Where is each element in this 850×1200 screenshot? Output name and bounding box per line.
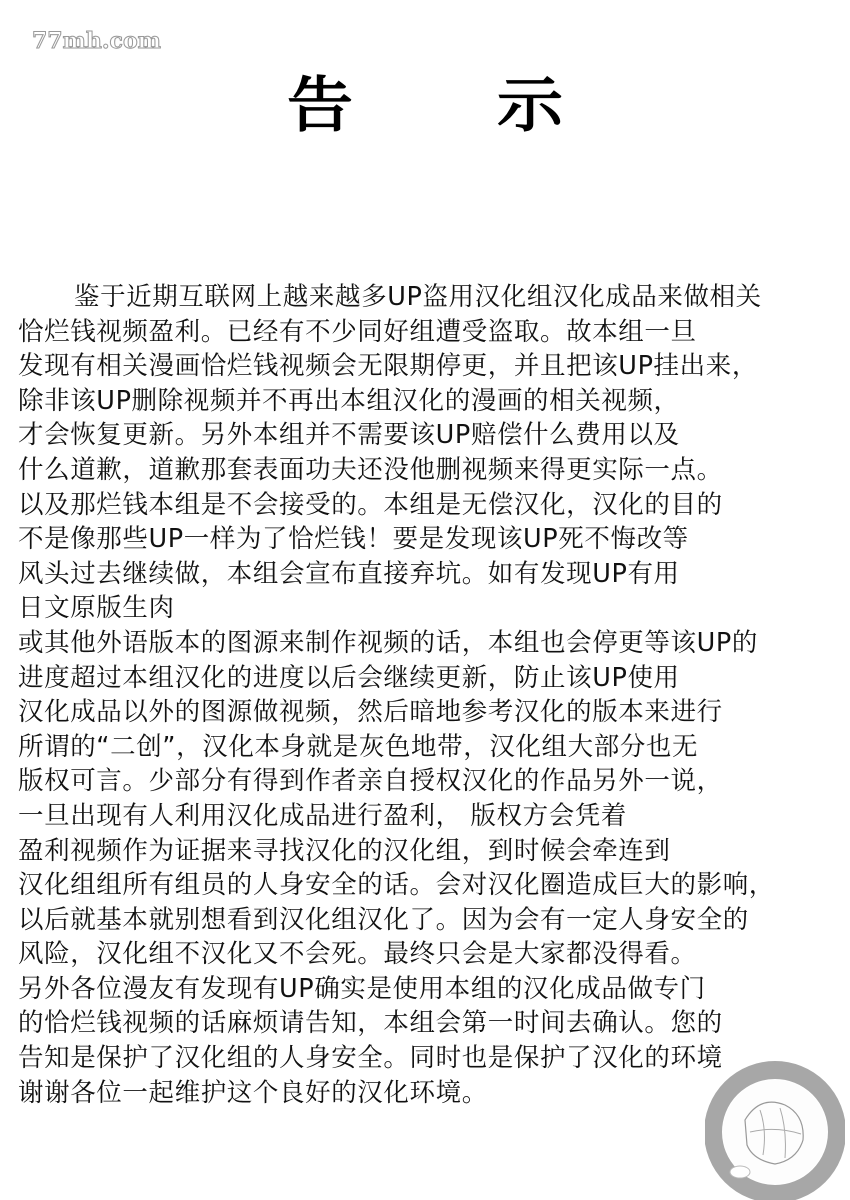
page-title: 告 示 bbox=[0, 58, 850, 144]
notice-line: 所谓的“二创”，汉化本身就是灰色地带，汉化组大部分也无 bbox=[18, 730, 848, 765]
notice-line: 一旦出现有人利用汉化成品进行盈利， 版权方会凭着 bbox=[18, 799, 848, 834]
notice-line: 或其他外语版本的图源来制作视频的话，本组也会停更等该UP的 bbox=[18, 626, 848, 661]
group-seal-stamp bbox=[705, 1060, 845, 1200]
notice-body: 鉴于近期互联网上越来越多UP盗用汉化组汉化成品来做相关 恰烂钱视频盈利。已经有不… bbox=[18, 280, 848, 1110]
notice-line: 另外各位漫友有发现有UP确实是使用本组的汉化成品做专门 bbox=[18, 972, 848, 1007]
notice-line: 风险，汉化组不汉化又不会死。最终只会是大家都没得看。 bbox=[18, 937, 848, 972]
notice-line: 鉴于近期互联网上越来越多UP盗用汉化组汉化成品来做相关 bbox=[18, 280, 848, 315]
notice-line: 汉化组组所有组员的人身安全的话。会对汉化圈造成巨大的影响， bbox=[18, 868, 848, 903]
notice-line: 除非该UP删除视频并不再出本组汉化的漫画的相关视频， bbox=[18, 384, 848, 419]
notice-line: 发现有相关漫画恰烂钱视频会无限期停更，并且把该UP挂出来， bbox=[18, 349, 848, 384]
notice-line: 汉化成品以外的图源做视频，然后暗地参考汉化的版本来进行 bbox=[18, 695, 848, 730]
notice-line: 以及那烂钱本组是不会接受的。本组是无偿汉化，汉化的目的 bbox=[18, 488, 848, 523]
notice-line: 的恰烂钱视频的话麻烦请告知，本组会第一时间去确认。您的 bbox=[18, 1006, 848, 1041]
notice-line: 日文原版生肉 bbox=[18, 591, 848, 626]
seal-emblem-icon bbox=[705, 1060, 845, 1200]
notice-line: 以后就基本就别想看到汉化组汉化了。因为会有一定人身安全的 bbox=[18, 903, 848, 938]
notice-line: 不是像那些UP一样为了恰烂钱！要是发现该UP死不悔改等 bbox=[18, 522, 848, 557]
title-char-2: 示 bbox=[497, 58, 563, 144]
notice-line: 什么道歉，道歉那套表面功夫还没他删视频来得更实际一点。 bbox=[18, 453, 848, 488]
notice-line: 恰烂钱视频盈利。已经有不少同好组遭受盗取。故本组一旦 bbox=[18, 315, 848, 350]
notice-line: 才会恢复更新。另外本组并不需要该UP赔偿什么费用以及 bbox=[18, 418, 848, 453]
title-char-1: 告 bbox=[287, 58, 353, 144]
notice-line: 进度超过本组汉化的进度以后会继续更新，防止该UP使用 bbox=[18, 661, 848, 696]
notice-line: 版权可言。少部分有得到作者亲自授权汉化的作品另外一说， bbox=[18, 764, 848, 799]
notice-line: 盈利视频作为证据来寻找汉化的汉化组，到时候会牵连到 bbox=[18, 834, 848, 869]
site-watermark: 77mh.com bbox=[32, 28, 161, 54]
notice-line: 风头过去继续做，本组会宣布直接弃坑。如有发现UP有用 bbox=[18, 557, 848, 592]
